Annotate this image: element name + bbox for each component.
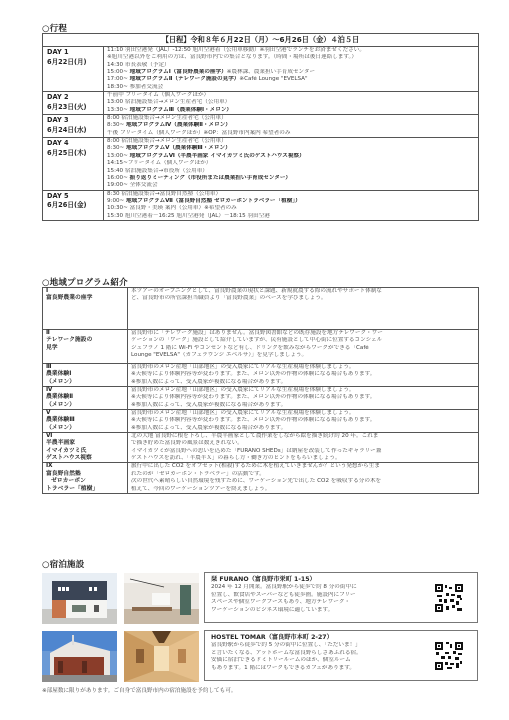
- day-label: DAY 5: [47, 192, 100, 202]
- schedule-line: 午後 フリータイム（個人ワークほか）※OP：富良野市内案内 希望者のみ: [107, 130, 475, 137]
- schedule-header: 【日程】令和８年６月22日（月）～6月26日（金）４泊５日: [43, 34, 479, 47]
- program-name: 農業体験Ⅱ: [46, 394, 124, 401]
- program-name: ゼロカーボン: [46, 478, 124, 485]
- program-title: 地域プログラムⅠ（富良野農業の座学）: [130, 69, 227, 75]
- facility-description: 2024 年 12 月開業。富良野駅から徒歩で約 8 分の街中に 位置し、飲食店…: [211, 584, 411, 614]
- accommodation-section-title: ○宿泊施設: [42, 558, 84, 570]
- program-row: Ⅴ 農業体験Ⅲ （メロン） 富良野市のメロン産地「山部地区」の受入農家にてリアル…: [43, 410, 479, 433]
- program-name: 半農半画家: [46, 440, 124, 447]
- program-row: Ⅸ 富良野自然塾 ゼロカーボン トラベラー「植樹」 旅行中に出した CO2 をオ…: [43, 463, 479, 493]
- day-schedule: 11:10 羽田空港発（JAL）-12:50 旭川空港着（公用車移動）※羽田空港…: [104, 47, 479, 92]
- day-date: 6月25日(木): [47, 149, 100, 159]
- program-description: 本ツアーのオープニングとして、富良野農業の現状と課題、新規就農する際の流れやサポ…: [128, 288, 479, 330]
- qr-code-icon[interactable]: [435, 584, 463, 612]
- day-label: DAY 2: [47, 93, 100, 103]
- interior-workspace-photo: [124, 573, 199, 624]
- program-title: 地域プログラムⅦ（富良野自然塾 ゼロカーボントラベラー「植樹」）: [126, 198, 301, 204]
- dormitory-corridor-photo: [124, 631, 199, 682]
- facility-description: 富良野駅から徒歩で約 5 分の街中に位置し、「ただいま！」 と言いたくなる、アッ…: [211, 642, 411, 672]
- program-name: （メロン）: [46, 379, 124, 386]
- day-schedule: 8:30 宿泊施設集合→富良野自然塾（公用車） 9:00~ 地域プログラムⅦ（富…: [104, 190, 479, 220]
- program-description: 北の大地 富良野に根を下ろし、半農半画家として農作業をしながら絵を描き続け約 2…: [128, 433, 479, 463]
- program-title: 地域プログラムⅡ（テレワーク施設の見学）: [130, 76, 240, 82]
- program-description: 富良野市に「テレワーク施設」はありません。富良野図書館などの既存施設を地方テレワ…: [128, 330, 479, 364]
- facility-row: 栞 FURANO（富良野市栄町 1-15） 2024 年 12 月開業。富良野駅…: [42, 573, 479, 624]
- day-row: DAY 3 6月24日(水) 8:00 宿泊施設集合→メロン生産者宅（公用車） …: [43, 115, 479, 138]
- day-label: DAY 1: [47, 48, 100, 58]
- program-name: （メロン）: [46, 425, 124, 432]
- program-name: 見学: [46, 345, 124, 352]
- program-row: Ⅳ 農業体験Ⅱ （メロン） 富良野市のメロン産地「山部地区」の受入農家にてリアル…: [43, 387, 479, 410]
- day-date: 6月23日(火): [47, 103, 100, 113]
- facility-name: 栞 FURANO（富良野市栄町 1-15）: [211, 576, 471, 584]
- program-number: Ⅸ: [46, 463, 124, 470]
- schedule-line: 11:10 羽田空港発（JAL）-12:50 旭川空港着（公用車移動）※羽田空港…: [107, 47, 475, 54]
- day-date: 6月26日(金): [47, 201, 100, 211]
- facility-card: HOSTEL TOMAR（富良野市本町 2-27） 富良野駅から徒歩で約 5 分…: [204, 630, 478, 681]
- day-date: 6月24日(水): [47, 126, 100, 136]
- day-schedule: 午前中 フリータイム（個人ワークほか） 13:00 宿泊施設集合→メロン生産者宅…: [104, 92, 479, 115]
- schedule-line: 13:30~ 地域プログラムⅢ（農業体験Ⅰ・メロン）: [107, 107, 475, 114]
- program-row: Ⅱ テレワーク施設の 見学 富良野市に「テレワーク施設」はありません。富良野図書…: [43, 330, 479, 364]
- day-row: DAY 2 6月23日(火) 午前中 フリータイム（個人ワークほか） 13:00…: [43, 92, 479, 115]
- itinerary-table: 【日程】令和８年６月22日（月）～6月26日（金）４泊５日 DAY 1 6月22…: [42, 33, 479, 221]
- schedule-line: 8:00 宿泊施設集合→メロン生産者宅（公用車）: [107, 138, 475, 145]
- day-row: DAY 5 6月26日(金) 8:30 宿泊施設集合→富良野自然塾（公用車） 9…: [43, 190, 479, 220]
- program-row: Ⅰ 富良野農業の座学 本ツアーのオープニングとして、富良野農業の現状と課題、新規…: [43, 288, 479, 330]
- facility-row: HOSTEL TOMAR（富良野市本町 2-27） 富良野駅から徒歩で約 5 分…: [42, 631, 479, 682]
- programs-table: Ⅰ 富良野農業の座学 本ツアーのオープニングとして、富良野農業の現状と課題、新規…: [42, 287, 479, 494]
- program-description: 富良野市のメロン産地「山部地区」の受入農家にてリアルな生産現場を体験しましょう。…: [128, 410, 479, 433]
- building-exterior-photo: [42, 573, 117, 624]
- schedule-line: 15:30 旭川空港着－16:25 旭川空港発（JAL）－18:15 羽田空港: [107, 213, 475, 220]
- program-row: Ⅵ 半農半画家 イマイカツミ氏 ゲストハウス視察 北の大地 富良野に根を下ろし、…: [43, 433, 479, 463]
- program-name: 農業体験Ⅰ: [46, 371, 124, 378]
- schedule-line: 9:00~ 地域プログラムⅦ（富良野自然塾 ゼロカーボントラベラー「植樹」）: [107, 198, 475, 205]
- program-description: 富良野市のメロン産地「山部地区」の受入農家にてリアルな生産現場を体験しましょう。…: [128, 387, 479, 410]
- program-description: 旅行中に出した CO2 をオフセット(相殺)するために木を植えていきませんか？と…: [128, 463, 479, 493]
- schedule-line: 午前中 フリータイム（個人ワークほか）: [107, 92, 475, 99]
- day-schedule: 8:00 宿泊施設集合→メロン生産者宅（公用車） 8:30~ 地域プログラムⅤ（…: [104, 138, 479, 190]
- program-name: テレワーク施設の: [46, 337, 124, 344]
- schedule-line: 10:30~ 富良野・美瑛 案内（公用車）※希望者のみ: [107, 205, 475, 212]
- day-date: 6月22日(月): [47, 58, 100, 68]
- schedule-line: ※旭川空港以外をご利用の方は、富良野市内での集合となります。（時間・場所は後日連…: [107, 54, 475, 61]
- schedule-line: 8:00 宿泊施設集合→メロン生産者宅（公用車）: [107, 115, 475, 122]
- schedule-line: 16:00~ 振り返りミーティング（市役所または農業担い手育成センター）: [107, 175, 475, 182]
- qr-code-icon[interactable]: [435, 642, 463, 670]
- schedule-line: 8:30~ 地域プログラムⅤ（農業体験Ⅲ・メロン）: [107, 145, 475, 152]
- building-exterior-photo: [42, 631, 117, 682]
- program-title: 地域プログラムⅢ（農業体験Ⅰ・メロン）: [130, 107, 232, 113]
- program-title: 地域プログラムⅤ（農業体験Ⅲ・メロン）: [126, 145, 231, 151]
- schedule-line: 8:30~ 地域プログラムⅣ（農業体験Ⅱ・メロン）: [107, 122, 475, 129]
- schedule-line: 13:00 宿泊施設集合→メロン生産者宅（公用車）: [107, 99, 475, 106]
- program-name: トラベラー「植樹」: [46, 486, 124, 493]
- day-row: DAY 1 6月22日(月) 11:10 羽田空港発（JAL）-12:50 旭川…: [43, 47, 479, 92]
- schedule-line: 8:30 宿泊施設集合→富良野自然塾（公用車）: [107, 191, 475, 198]
- schedule-line: 14:15~フリータイム（個人ワークほか）: [107, 160, 475, 167]
- program-title: 振り返りミーティング（市役所または農業担い手育成センター）: [130, 175, 291, 181]
- facility-name: HOSTEL TOMAR（富良野市本町 2-27）: [211, 634, 471, 642]
- program-name: （メロン）: [46, 402, 124, 409]
- day-row: DAY 4 6月25日(木) 8:00 宿泊施設集合→メロン生産者宅（公用車） …: [43, 138, 479, 190]
- itinerary-header-row: 【日程】令和８年６月22日（月）～6月26日（金）４泊５日: [43, 34, 479, 47]
- schedule-line: 18:30~ 参加者交流会: [107, 84, 475, 91]
- day-label: DAY 4: [47, 139, 100, 149]
- schedule-line: 17:00~ 地域プログラムⅡ（テレワーク施設の見学）※Café Lounge …: [107, 76, 475, 83]
- accommodation-footnote: ※部屋数に限りがあります。ご自身で富良野市内の宿泊施設を予約しても可。: [42, 686, 236, 694]
- program-title: 地域プログラムⅥ（半農半画家 イマイカツミ氏のゲストハウス視察）: [130, 153, 305, 159]
- facility-card: 栞 FURANO（富良野市栄町 1-15） 2024 年 12 月開業。富良野駅…: [204, 572, 478, 623]
- day-schedule: 8:00 宿泊施設集合→メロン生産者宅（公用車） 8:30~ 地域プログラムⅣ（…: [104, 115, 479, 138]
- program-name: ゲストハウス視察: [46, 455, 124, 462]
- program-name: 農業体験Ⅲ: [46, 417, 124, 424]
- schedule-line: 13:00~ 地域プログラムⅥ（半農半画家 イマイカツミ氏のゲストハウス視察）: [107, 153, 475, 160]
- program-name: 富良野農業の座学: [46, 295, 124, 302]
- schedule-line: 15:00~ 地域プログラムⅠ（富良野農業の座学）※農林課、農業担い手育成センタ…: [107, 69, 475, 76]
- program-description: 富良野市のメロン産地「山部地区」の受入農家にてリアルな生産現場を体験しましょう。…: [128, 364, 479, 387]
- day-label: DAY 3: [47, 116, 100, 126]
- schedule-line: 15:40 宿泊施設集合→市役所（公用車）: [107, 168, 475, 175]
- schedule-line: 14:30 市長表敬（予定）: [107, 62, 475, 69]
- schedule-line: 19:00~ 全体交流会: [107, 182, 475, 189]
- program-row: Ⅲ 農業体験Ⅰ （メロン） 富良野市のメロン産地「山部地区」の受入農家にてリアル…: [43, 364, 479, 387]
- program-title: 地域プログラムⅣ（農業体験Ⅱ・メロン）: [126, 122, 231, 128]
